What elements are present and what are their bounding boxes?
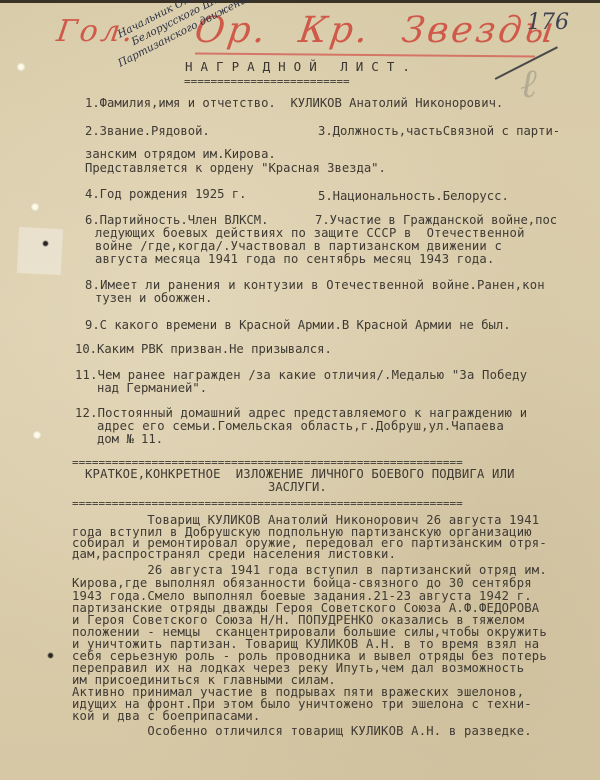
field-3: 3.Должность,частьСвязной с парти- [318,125,560,137]
field-7-line: августа месяца 1941 года по сентябрь мес… [95,253,495,265]
field-8-continuation: тузен и обожжен. [95,292,212,304]
red-underline [195,53,535,58]
punch-hole [30,202,40,212]
field-6: 6.Партийность.Член ВЛКСМ. [85,214,268,226]
title-rule: ========================= [184,75,414,88]
narrative-line: 26 августа 1941 года вступил в партизанс… [72,564,547,576]
field-label: 6.Партийность. [85,213,188,227]
section-rule-bottom: ========================================… [72,497,592,510]
field-value: Связной с парти- [443,124,560,138]
section-heading-line: ЗАСЛУГИ. [268,481,327,493]
document-paper: Гол. Ор. Кр. Звезды 176 ℓ Начальник Отде… [0,0,600,780]
award-presented: Представляется к ордену "Красная Звезда"… [85,162,386,174]
field-2: 2.Звание.Рядовой. [85,125,210,137]
field-label: 5.Национальность. [318,189,443,203]
field-4: 4.Год рождения 1925 г. [85,188,246,200]
punch-hole [16,62,26,72]
field-label: 11.Чем ранее награжден /за какие отличия… [75,368,392,382]
narrative-line: кой и два с боеприпасами. [72,710,260,722]
section-heading-line: КРАТКОЕ,КОНКРЕТНОЕ ИЗЛОЖЕНИЕ ЛИЧНОГО БОЕ… [85,468,515,480]
page-number: 176 [527,10,569,35]
field-label: 2.Звание. [85,124,151,138]
pencil-mark: ℓ [520,60,537,107]
narrative-line: Кирова,где выполнял обязанности бойца-св… [72,577,532,589]
field-10: 10.Каким РВК призван.Не призывался. [75,343,332,355]
field-label: 4.Год рождения [85,187,188,201]
field-label: 9.С какого времени в Красной Армии. [85,318,342,332]
field-value: 1925 г. [195,187,246,201]
tape-patch [17,227,63,275]
field-value: Член ВЛКСМ. [188,213,269,227]
field-11-continuation: над Германией". [97,382,207,394]
field-7-label: 7.Участие в Гражданской войне,пос [315,214,557,226]
document-title: НАГРАДНОЙ ЛИСТ. [185,59,418,74]
field-value: "Красная Звезда". [261,161,386,175]
field-1: 1.Фамилия,имя и отчетство. КУЛИКОВ Анато… [85,97,503,109]
field-9: 9.С какого времени в Красной Армии.В Кра… [85,319,511,331]
field-value: Белорусс. [443,189,509,203]
annotation-word: Кр. [296,10,373,51]
field-value: Медалью "За Победу [392,368,528,382]
field-label: 1.Фамилия,имя и отчетство. [85,96,276,110]
field-label: 10.Каким РВК призван. [75,342,229,356]
field-value: Не призывался. [229,342,332,356]
field-value: Рядовой. [151,124,210,138]
scan-top-edge [0,0,600,3]
narrative-line: Особенно отличился товарищ КУЛИКОВ А.Н. … [72,725,532,737]
field-12-line: адрес его семьи.Гомельская область,г.Доб… [97,420,504,432]
field-label: 8.Имеет ли ранения и контузии в Отечеств… [85,278,477,292]
field-7-line: ледующих боевых действиях по защите СССР… [95,227,525,239]
field-12-label: 12.Постоянный домашний адрес представляе… [75,407,527,419]
field-8: 8.Имеет ли ранения и контузии в Отечеств… [85,279,545,291]
punch-hole [32,430,42,440]
field-3-continuation: занским отрядом им.Кирова. [85,148,276,160]
punch-hole [42,240,49,247]
field-value: В Красной Армии не был. [342,318,511,332]
field-7-line: войне /где,когда/.Участвовал в партизанс… [95,240,502,252]
field-12-line: дом № 11. [97,433,163,445]
field-label: Представляется к ордену [85,161,254,175]
field-value: Ранен,кон [477,278,545,292]
field-11: 11.Чем ранее награжден /за какие отличия… [75,369,527,381]
field-label: 3.Должность,часть [318,124,443,138]
field-5: 5.Национальность.Белорусс. [318,190,509,202]
punch-hole [47,652,54,659]
narrative-line: дам,распространял среди населения листов… [72,548,396,560]
field-value: КУЛИКОВ Анатолий Никонорович. [290,96,503,110]
